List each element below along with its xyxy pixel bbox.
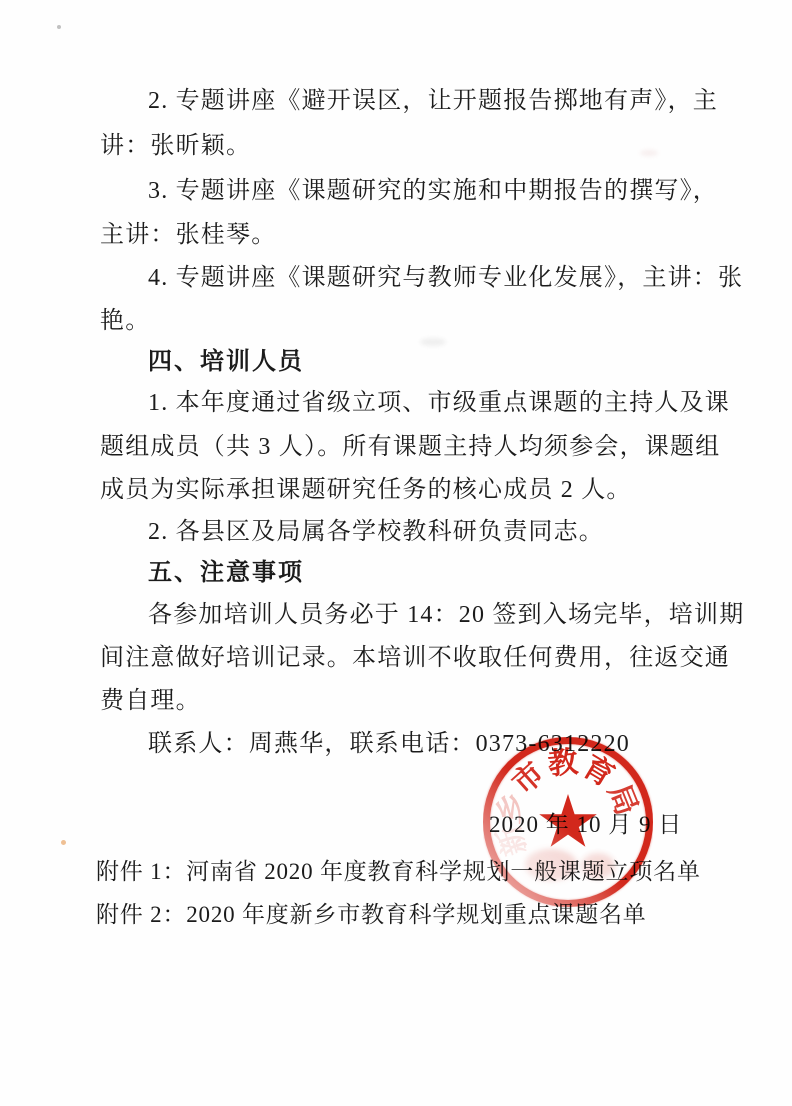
scan-noise-dot	[61, 840, 66, 845]
contact-line: 联系人：周燕华，联系电话：0373-6312220	[100, 729, 716, 759]
body-line: 艳。	[100, 306, 716, 336]
body-line: 1. 本年度通过省级立项、市级重点课题的主持人及课	[100, 388, 716, 418]
body-line: 讲：张昕颖。	[100, 131, 716, 161]
seal-arc-char: 市	[508, 758, 550, 800]
document-page: 2. 专题讲座《避开误区，让开题报告掷地有声》，主 讲：张昕颖。 3. 专题讲座…	[0, 0, 792, 1106]
body-line: 2. 各县区及局属各学校教科研负责同志。	[100, 517, 716, 547]
body-line: 2. 专题讲座《避开误区，让开题报告掷地有声》，主	[100, 86, 716, 116]
section-heading-5: 五、注意事项	[100, 558, 716, 588]
attachment-line-1: 附件 1：河南省 2020 年度教育科学规划一般课题立项名单	[96, 853, 701, 886]
body-line: 费自理。	[100, 686, 716, 716]
attachment-line-2: 附件 2：2020 年度新乡市教育科学规划重点课题名单	[96, 896, 647, 929]
scan-noise-dot	[57, 25, 61, 29]
section-heading-4: 四、培训人员	[100, 347, 716, 377]
body-line: 4. 专题讲座《课题研究与教师专业化发展》，主讲：张	[100, 263, 716, 293]
body-line: 间注意做好培训记录。本培训不收取任何费用，往返交通	[100, 643, 716, 673]
body-line: 主讲：张桂琴。	[100, 220, 716, 250]
body-line: 成员为实际承担课题研究任务的核心成员 2 人。	[100, 475, 716, 505]
scan-noise-smudge	[420, 338, 446, 346]
date-line: 2020 年 10 月 9 日	[489, 806, 682, 839]
body-line: 各参加培训人员务必于 14：20 签到入场完毕，培训期	[100, 600, 716, 630]
body-line: 3. 专题讲座《课题研究的实施和中期报告的撰写》，	[100, 176, 716, 206]
body-line: 题组成员（共 3 人）。所有课题主持人均须参会，课题组	[100, 432, 716, 462]
